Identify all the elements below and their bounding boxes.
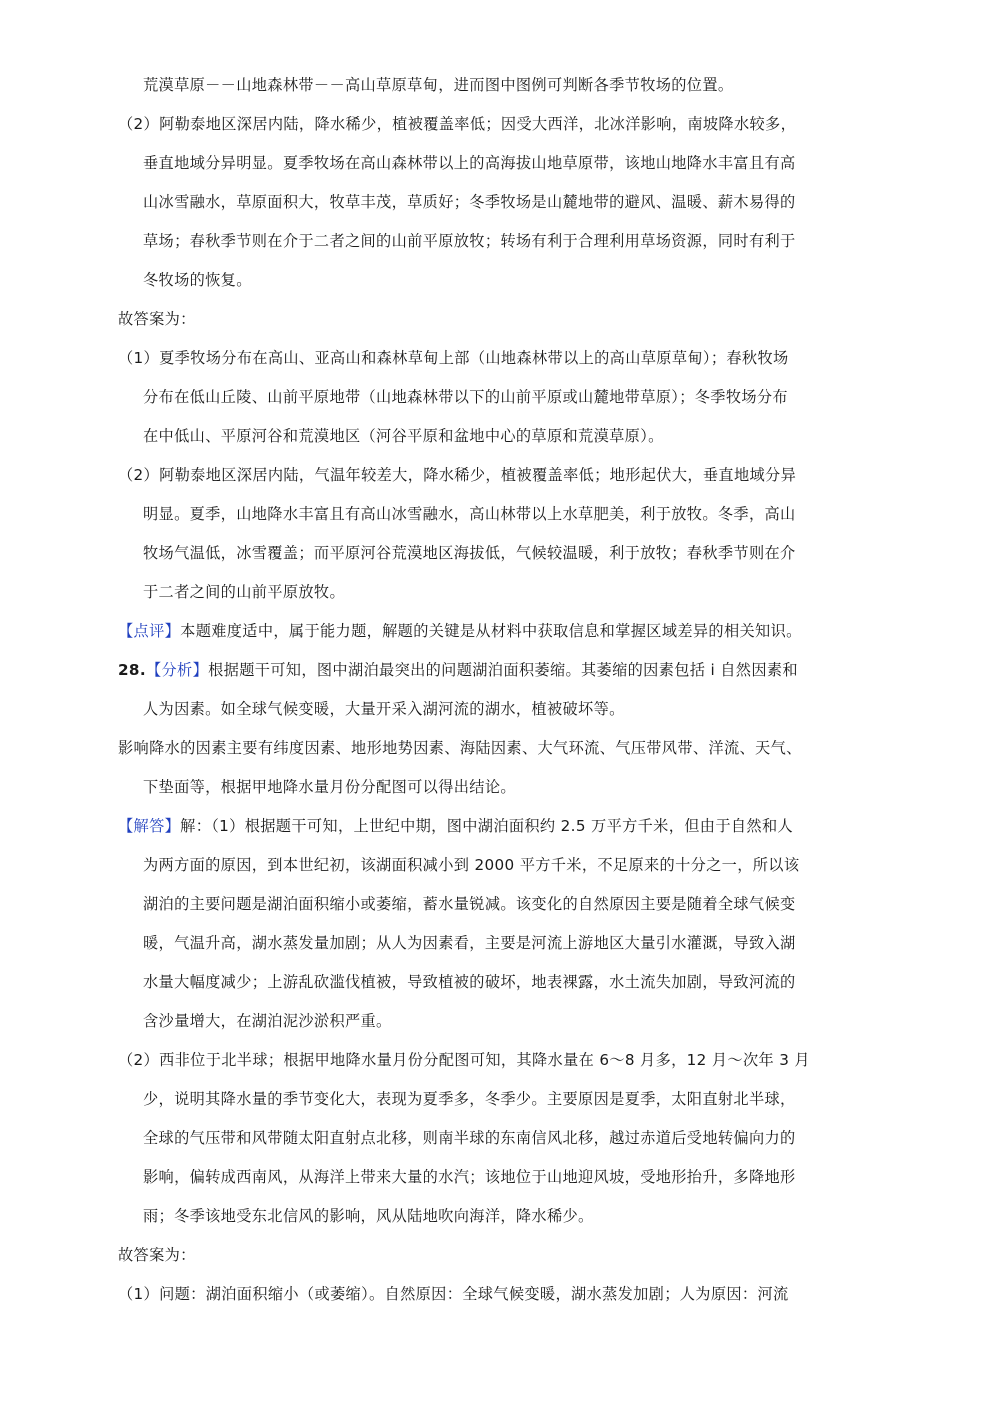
solution-line: 【解答】解：（1）根据题干可知，上世纪中期，图中湖泊面积约 2.5 万平方千米，… — [118, 816, 793, 836]
text-line: 草场；春秋季节则在介于二者之间的山前平原放牧；转场有利于合理利用草场资源，同时有… — [143, 231, 796, 251]
text-line: 荒漠草原－－山地森林带－－高山草原草甸，进而图中图例可判断各季节牧场的位置。 — [143, 75, 733, 95]
text-line: 雨；冬季该地受东北信风的影响，风从陆地吹向海洋，降水稀少。 — [143, 1206, 594, 1226]
analysis-line: 28.【分析】根据题干可知，图中湖泊最突出的问题湖泊面积萎缩。其萎缩的因素包括 … — [118, 660, 798, 680]
text-line: 山冰雪融水，草原面积大，牧草丰茂，草质好；冬季牧场是山麓地带的避风、温暖、薪木易… — [143, 192, 796, 212]
text-line: 少，说明其降水量的季节变化大，表现为夏季多，冬季少。主要原因是夏季，太阳直射北半… — [143, 1089, 796, 1109]
text-line: 影响降水的因素主要有纬度因素、地形地势因素、海陆因素、大气环流、气压带风带、洋流… — [118, 738, 802, 758]
text-line: 湖泊的主要问题是湖泊面积缩小或萎缩，蓄水量锐减。该变化的自然原因主要是随着全球气… — [143, 894, 796, 914]
text-line: 牧场气温低，冰雪覆盖；而平原河谷荒漠地区海拔低，气候较温暖，利于放牧；春秋季节则… — [143, 543, 796, 563]
text-line: 暖，气温升高，湖水蒸发量加剧；从人为因素看，主要是河流上游地区大量引水灌溉，导致… — [143, 933, 796, 953]
text-line: 明显。夏季，山地降水丰富且有高山冰雪融水，高山林带以上水草肥美，利于放牧。冬季，… — [143, 504, 796, 524]
review-line: 【点评】本题难度适中，属于能力题，解题的关键是从材料中获取信息和掌握区域差异的相… — [118, 621, 802, 641]
question-number: 28. — [118, 661, 146, 679]
text-line: 水量大幅度减少；上游乱砍滥伐植被，导致植被的破坏，地表裸露，水土流失加剧，导致河… — [143, 972, 796, 992]
text-line: （1）问题：湖泊面积缩小（或萎缩）。自然原因：全球气候变暖，湖水蒸发加剧；人为原… — [118, 1284, 789, 1304]
text-line: 全球的气压带和风带随太阳直射点北移，则南半球的东南信风北移，越过赤道后受地转偏向… — [143, 1128, 796, 1148]
text-line: 下垫面等，根据甲地降水量月份分配图可以得出结论。 — [143, 777, 516, 797]
text-line: 为两方面的原因，到本世纪初，该湖面积减小到 2000 平方千米，不足原来的十分之… — [143, 855, 799, 875]
review-tag: 【点评】 — [118, 622, 180, 640]
review-text: 本题难度适中，属于能力题，解题的关键是从材料中获取信息和掌握区域差异的相关知识。 — [180, 622, 802, 640]
text-line: （2）阿勒泰地区深居内陆，降水稀少，植被覆盖率低；因受大西洋，北冰洋影响，南坡降… — [118, 114, 796, 134]
text-line: （2）阿勒泰地区深居内陆，气温年较差大，降水稀少，植被覆盖率低；地形起伏大，垂直… — [118, 465, 796, 485]
text-line: 人为因素。如全球气候变暖，大量开采入湖河流的湖水，植被破坏等。 — [143, 699, 625, 719]
text-line: 于二者之间的山前平原放牧。 — [143, 582, 345, 602]
text-line: （2）西非位于北半球；根据甲地降水量月份分配图可知，其降水量在 6～8 月多，1… — [118, 1050, 810, 1070]
analysis-text: 根据题干可知，图中湖泊最突出的问题湖泊面积萎缩。其萎缩的因素包括 i 自然因素和 — [208, 661, 798, 679]
text-line: （1）夏季牧场分布在高山、亚高山和森林草甸上部（山地森林带以上的高山草原草甸）；… — [118, 348, 789, 368]
analysis-tag: 【分析】 — [146, 661, 208, 679]
solution-text: 解：（1）根据题干可知，上世纪中期，图中湖泊面积约 2.5 万平方千米，但由于自… — [180, 817, 793, 835]
text-line: 影响，偏转成西南风，从海洋上带来大量的水汽；该地位于山地迎风坡，受地形抬升，多降… — [143, 1167, 796, 1187]
solution-tag: 【解答】 — [118, 817, 180, 835]
text-line: 在中低山、平原河谷和荒漠地区（河谷平原和盆地中心的草原和荒漠草原）。 — [143, 426, 664, 446]
text-line: 冬牧场的恢复。 — [143, 270, 252, 290]
document-page: 荒漠草原－－山地森林带－－高山草原草甸，进而图中图例可判断各季节牧场的位置。 （… — [0, 0, 992, 1403]
text-line: 含沙量增大，在湖泊泥沙淤积严重。 — [143, 1011, 392, 1031]
answer-label: 故答案为： — [118, 309, 196, 329]
text-line: 分布在低山丘陵、山前平原地带（山地森林带以下的山前平原或山麓地带草原）；冬季牧场… — [143, 387, 788, 407]
answer-label: 故答案为： — [118, 1245, 196, 1265]
text-line: 垂直地域分异明显。夏季牧场在高山森林带以上的高海拔山地草原带，该地山地降水丰富且… — [143, 153, 796, 173]
